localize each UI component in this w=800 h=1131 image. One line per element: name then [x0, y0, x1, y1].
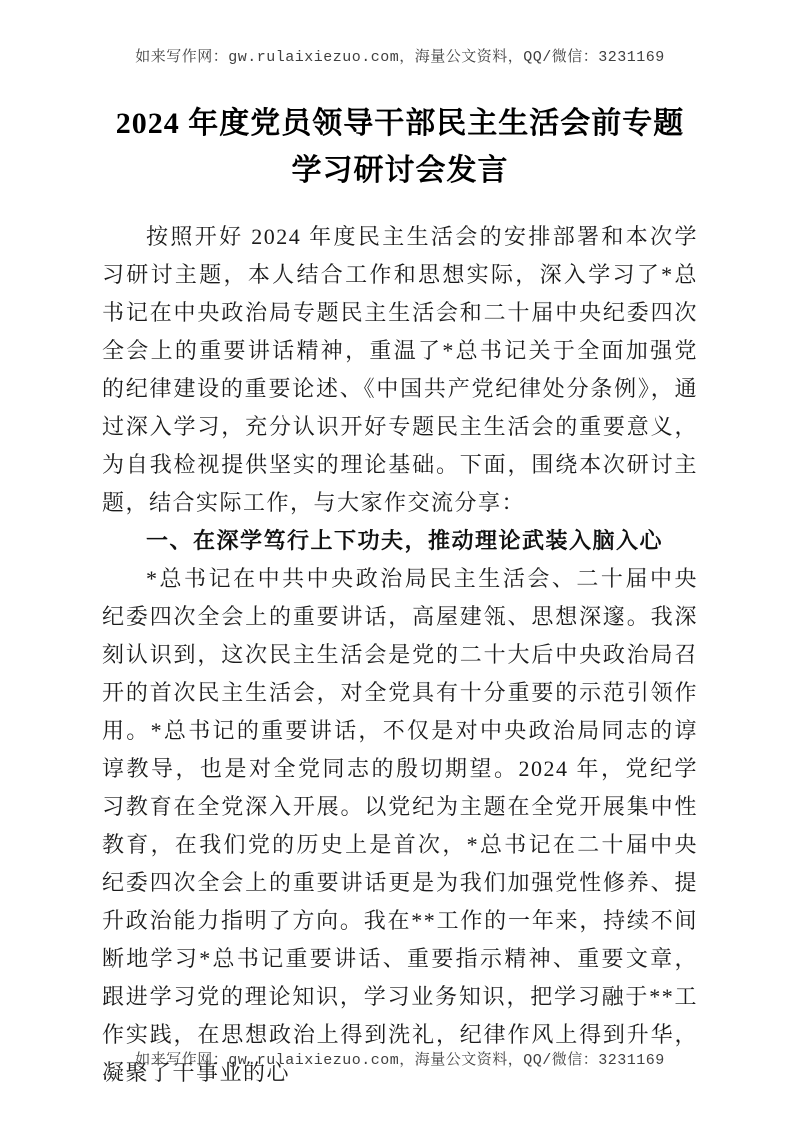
- footer-note: 如来写作网：gw.rulaixiezuo.com，海量公文资料，QQ/微信：32…: [0, 1048, 800, 1069]
- document-body: 按照开好 2024 年度民主生活会的安排部署和本次学习研讨主题，本人结合工作和思…: [102, 218, 698, 1092]
- page-title-line-2: 学习研讨会发言: [95, 147, 705, 194]
- document-page: 如来写作网：gw.rulaixiezuo.com，海量公文资料，QQ/微信：32…: [0, 0, 800, 1131]
- page-title-line-1: 2024 年度党员领导干部民主生活会前专题: [95, 100, 705, 147]
- paragraph-intro: 按照开好 2024 年度民主生活会的安排部署和本次学习研讨主题，本人结合工作和思…: [102, 218, 698, 522]
- header-note: 如来写作网：gw.rulaixiezuo.com，海量公文资料，QQ/微信：32…: [0, 0, 800, 66]
- page-title: 2024 年度党员领导干部民主生活会前专题 学习研讨会发言: [95, 100, 705, 194]
- section-heading-1: 一、在深学笃行上下功夫，推动理论武装入脑入心: [102, 522, 698, 560]
- paragraph-section-1: *总书记在中共中央政治局民主生活会、二十届中央纪委四次全会上的重要讲话，高屋建瓴…: [102, 560, 698, 1092]
